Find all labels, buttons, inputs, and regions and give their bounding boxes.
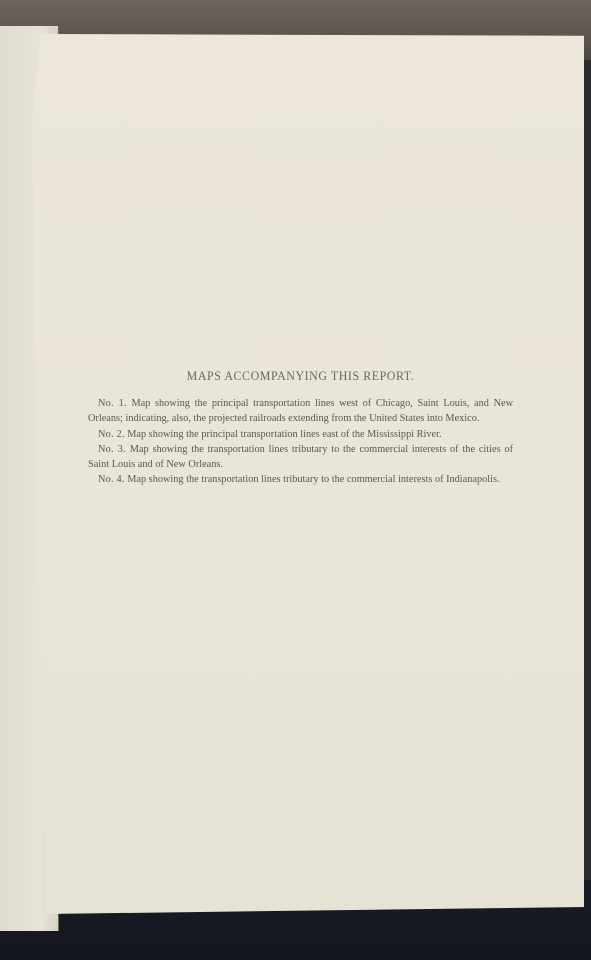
page-content: MAPS ACCOMPANYING THIS REPORT. No. 1. Ma…: [88, 368, 513, 488]
map-entry-1: No. 1. Map showing the principal transpo…: [88, 396, 513, 427]
entry-number: No. 2.: [98, 429, 125, 440]
entry-text: Map showing the transportation lines tri…: [127, 474, 499, 485]
entry-text: Map showing the transportation lines tri…: [88, 444, 513, 470]
entry-text: Map showing the principal transportation…: [88, 398, 513, 424]
entry-text: Map showing the principal transportation…: [127, 429, 441, 440]
map-entry-2: No. 2. Map showing the principal transpo…: [88, 427, 513, 442]
map-entry-4: No. 4. Map showing the transportation li…: [88, 472, 513, 487]
entry-number: No. 4.: [98, 474, 125, 485]
map-entry-3: No. 3. Map showing the transportation li…: [88, 442, 513, 473]
entry-number: No. 1.: [98, 398, 127, 409]
entry-number: No. 3.: [98, 444, 126, 455]
page-title: MAPS ACCOMPANYING THIS REPORT.: [105, 368, 496, 384]
